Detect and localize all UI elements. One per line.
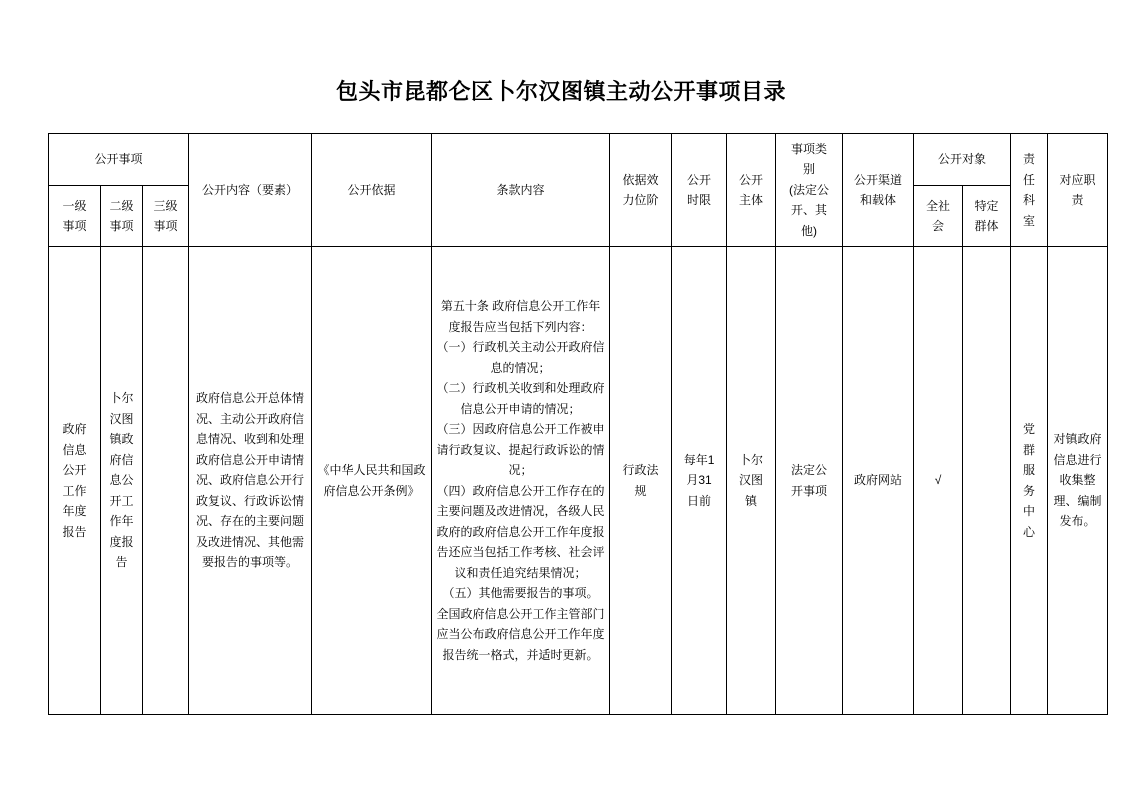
header-category: 事项类 别 (法定公 开、其 他) [776, 134, 843, 247]
header-specific-group: 特定 群体 [963, 186, 1011, 247]
header-basis: 公开依据 [312, 134, 432, 247]
cell-time-limit: 每年1 月31 日前 [672, 247, 727, 715]
header-content: 公开内容（要素） [189, 134, 312, 247]
cell-duty: 对镇政府信息进行收集整理、编制发布。 [1048, 247, 1108, 715]
header-clause: 条款内容 [432, 134, 610, 247]
header-level2: 二级 事项 [101, 186, 143, 247]
header-channel: 公开渠道 和载体 [843, 134, 914, 247]
header-public-items: 公开事项 [49, 134, 189, 186]
cell-level2: 卜尔 汉图 镇政 府信 息公 开工 作年 度报 告 [101, 247, 143, 715]
document-page: 包头市昆都仑区卜尔汉图镇主动公开事项目录 公开事项 公开内容（要素） 公开依据 … [0, 0, 1122, 793]
cell-level3 [143, 247, 189, 715]
cell-basis: 《中华人民共和国政府信息公开条例》 [312, 247, 432, 715]
cell-category: 法定公 开事项 [776, 247, 843, 715]
header-row-top: 公开事项 公开内容（要素） 公开依据 条款内容 依据效 力位阶 公开 时限 公开… [49, 134, 1108, 186]
cell-content: 政府信息公开总体情况、主动公开政府信息情况、收到和处理政府信息公开申请情况、政府… [189, 247, 312, 715]
cell-clause: 第五十条 政府信息公开工作年度报告应当包括下列内容： （一）行政机关主动公开政府… [432, 247, 610, 715]
header-subject: 公开 主体 [727, 134, 776, 247]
cell-channel: 政府网站 [843, 247, 914, 715]
header-department: 责 任 科 室 [1011, 134, 1048, 247]
header-all-society: 全社 会 [914, 186, 963, 247]
cell-subject: 卜尔 汉图 镇 [727, 247, 776, 715]
cell-all-society: √ [914, 247, 963, 715]
disclosure-items-table: 公开事项 公开内容（要素） 公开依据 条款内容 依据效 力位阶 公开 时限 公开… [48, 133, 1108, 715]
cell-specific-group [963, 247, 1011, 715]
header-time-limit: 公开 时限 [672, 134, 727, 247]
header-level3: 三级 事项 [143, 186, 189, 247]
header-audience: 公开对象 [914, 134, 1011, 186]
cell-level1: 政府 信息 公开 工作 年度 报告 [49, 247, 101, 715]
page-title: 包头市昆都仑区卜尔汉图镇主动公开事项目录 [0, 76, 1122, 108]
header-level1: 一级 事项 [49, 186, 101, 247]
cell-basis-effect: 行政法 规 [610, 247, 672, 715]
cell-department: 党 群 服 务 中 心 [1011, 247, 1048, 715]
table-row: 政府 信息 公开 工作 年度 报告 卜尔 汉图 镇政 府信 息公 开工 作年 度… [49, 247, 1108, 715]
header-basis-effect: 依据效 力位阶 [610, 134, 672, 247]
header-duty: 对应职 责 [1048, 134, 1108, 247]
